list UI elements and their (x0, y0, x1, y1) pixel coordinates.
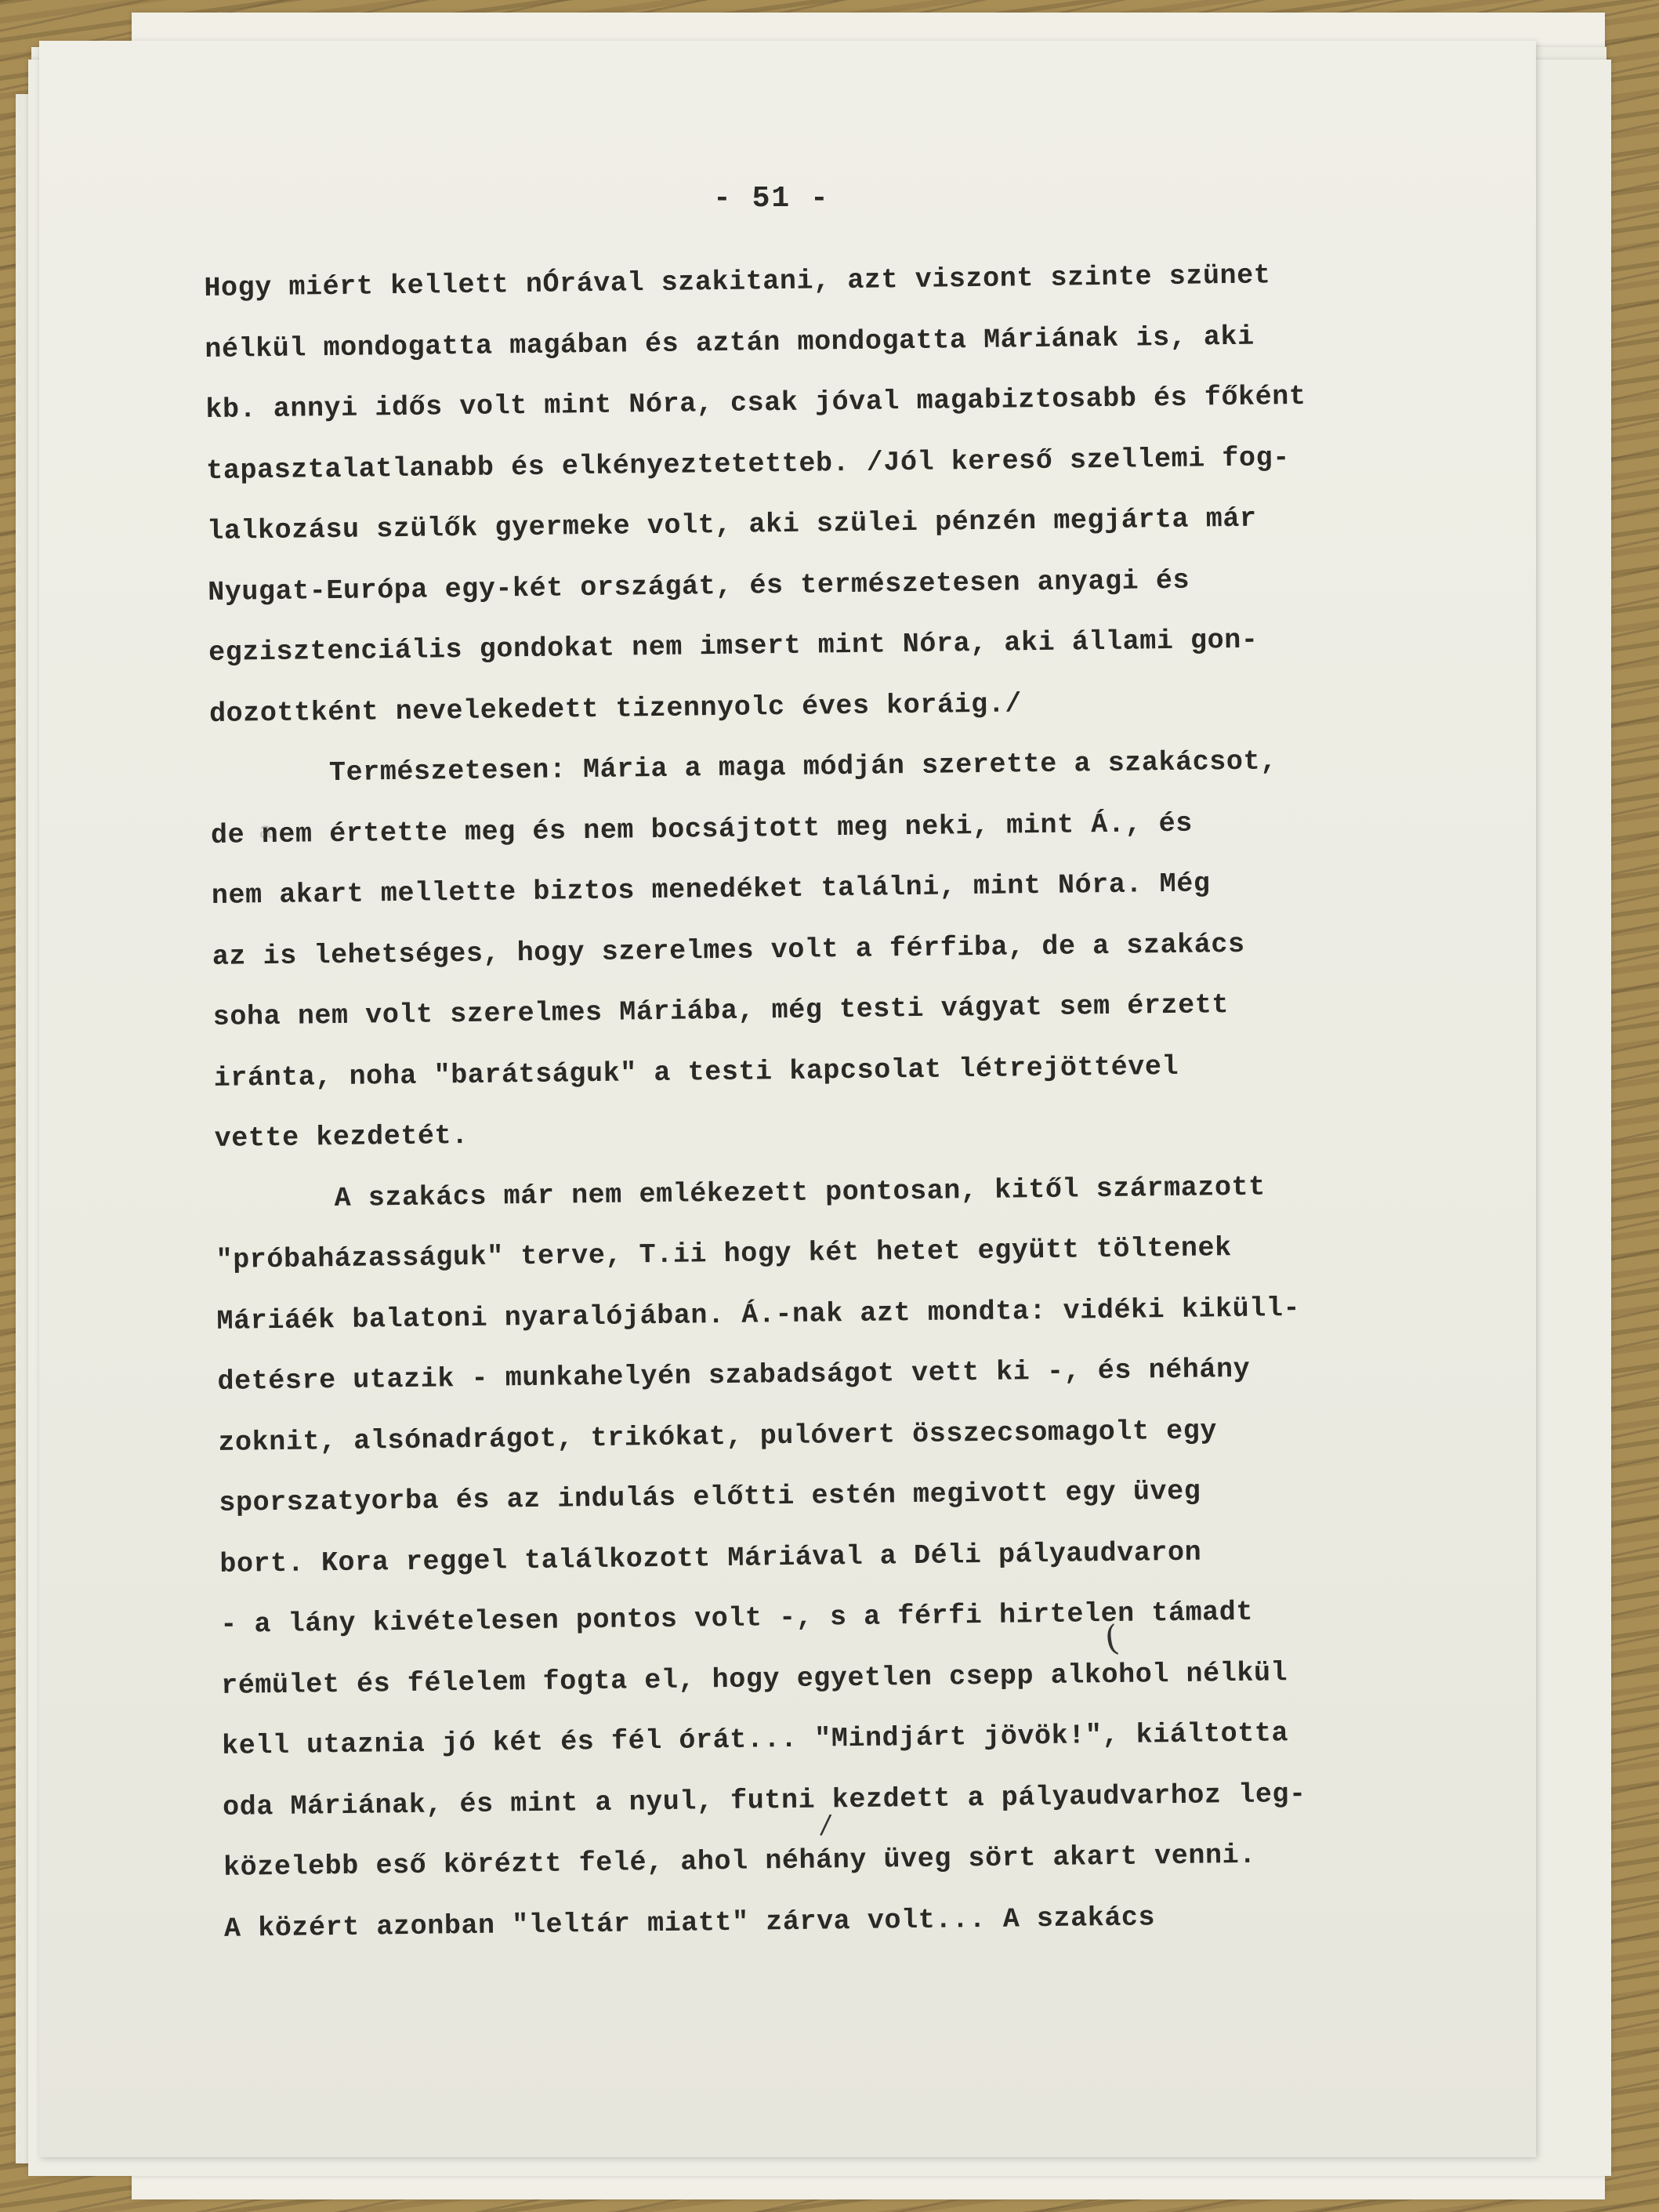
wooden-desk-background: - 51 - a Hogy miért kellett nÓrával szak… (0, 0, 1659, 2212)
typed-body-text: Hogy miért kellett nÓrával szakitani, az… (204, 243, 1478, 1959)
page-number: - 51 - (713, 182, 830, 216)
